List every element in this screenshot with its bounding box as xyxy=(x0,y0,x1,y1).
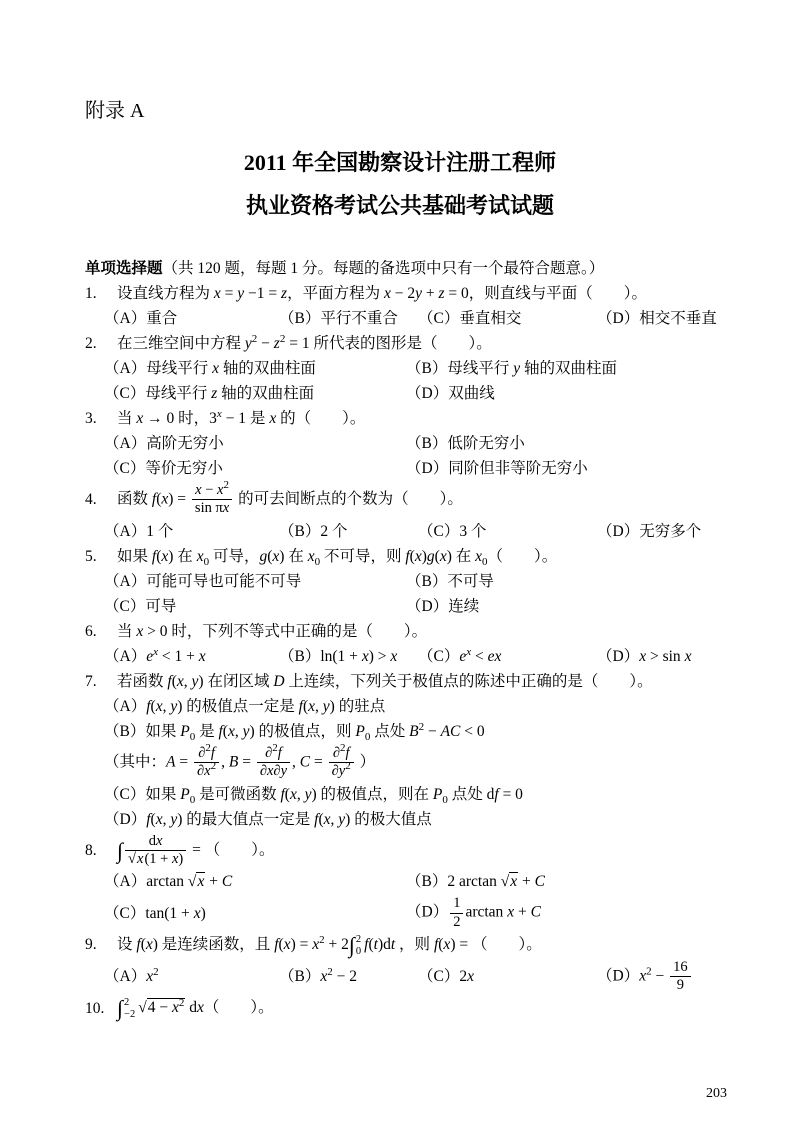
option-row: （A）高阶无穷小（B）低阶无穷小 xyxy=(104,431,758,456)
option: （D）同阶但非等阶无穷小 xyxy=(406,456,758,481)
question-stem: 当 x > 0 时，下列不等式中正确的是（ ）。 xyxy=(117,619,758,644)
option-row: （A）1 个（B）2 个（C）3 个（D）无穷多个 xyxy=(104,519,758,544)
question-1: 1.设直线方程为 x = y −1 = z，平面方程为 x − 2y + z =… xyxy=(85,281,758,331)
question-stem-line: 5.如果 f(x) 在 x0 可导，g(x) 在 x0 不可导，则 f(x)g(… xyxy=(85,544,758,569)
option-row: （A）arctan √x + C（B）2 arctan √x + C xyxy=(104,869,758,894)
option: （B）如果 P0 是 f(x, y) 的极值点，则 P0 点处 B2 − AC … xyxy=(104,719,758,744)
option: （A）1 个 xyxy=(104,519,279,544)
question-stem-line: 2.在三维空间中方程 y2 − z2 = 1 所代表的图形是（ ）。 xyxy=(85,331,758,356)
option-row: （C）等价无穷小（D）同阶但非等阶无穷小 xyxy=(104,456,758,481)
option: （B）ln(1 + x) > x xyxy=(279,644,418,669)
page-number: 203 xyxy=(706,1086,727,1102)
question-stem: 当 x → 0 时，3x − 1 是 x 的（ ）。 xyxy=(117,406,758,431)
option-row: （A）母线平行 x 轴的双曲柱面（B）母线平行 y 轴的双曲柱面 xyxy=(104,356,758,381)
option: （A）重合 xyxy=(104,306,279,331)
option: （其中：A = ∂2f∂x2, B = ∂2f∂x∂y, C = ∂2f∂y2 … xyxy=(104,744,758,782)
option: （C）tan(1 + x) xyxy=(104,901,406,926)
question-stem: 在三维空间中方程 y2 − z2 = 1 所代表的图形是（ ）。 xyxy=(117,331,758,356)
question-stem-line: 8.∫dx√x(1 + x) = （ ）。 xyxy=(85,832,758,870)
option-row: （A）重合（B）平行不重合（C）垂直相交（D）相交不垂直 xyxy=(104,306,758,331)
question-stem-line: 7.若函数 f(x, y) 在闭区域 D 上连续，下列关于极值点的陈述中正确的是… xyxy=(85,669,758,694)
option: （C）ex < ex xyxy=(418,644,597,669)
question-number: 7. xyxy=(85,669,117,694)
question-stem-line: 3.当 x → 0 时，3x − 1 是 x 的（ ）。 xyxy=(85,406,758,431)
section-instruction-detail: （共 120 题，每题 1 分。每题的备选项中只有一个最符合题意。） xyxy=(163,260,605,277)
question-stem: ∫dx√x(1 + x) = （ ）。 xyxy=(117,832,758,870)
option-row: （D）f(x, y) 的最大值点一定是 f(x, y) 的极大值点 xyxy=(104,807,758,832)
option-row: （A）x2（B）x2 − 2（C）2x（D）x2 − 169 xyxy=(104,958,758,996)
question-stem-line: 1.设直线方程为 x = y −1 = z，平面方程为 x − 2y + z =… xyxy=(85,281,758,306)
option-row: （C）tan(1 + x)（D）12arctan x + C xyxy=(104,894,758,932)
exam-title-line2: 执业资格考试公共基础考试试题 xyxy=(0,192,800,220)
question-number: 8. xyxy=(85,838,117,863)
question-4: 4.函数 f(x) = x − x2sin πx 的可去间断点的个数为（ ）。（… xyxy=(85,481,758,544)
exam-body: 单项选择题（共 120 题，每题 1 分。每题的备选项中只有一个最符合题意。） … xyxy=(85,256,758,1021)
question-stem: 设 f(x) 是连续函数，且 f(x) = x2 + 2∫20f(t)dt ，则… xyxy=(117,932,758,958)
option: （D）相交不垂直 xyxy=(597,306,758,331)
question-number: 2. xyxy=(85,331,117,356)
question-9: 9.设 f(x) 是连续函数，且 f(x) = x2 + 2∫20f(t)dt … xyxy=(85,932,758,995)
option: （A）ex < 1 + x xyxy=(104,644,279,669)
question-stem: 函数 f(x) = x − x2sin πx 的可去间断点的个数为（ ）。 xyxy=(117,481,758,519)
question-2: 2.在三维空间中方程 y2 − z2 = 1 所代表的图形是（ ）。（A）母线平… xyxy=(85,331,758,406)
question-stem-line: 9.设 f(x) 是连续函数，且 f(x) = x2 + 2∫20f(t)dt … xyxy=(85,932,758,958)
question-number: 1. xyxy=(85,281,117,306)
option: （B）2 arctan √x + C xyxy=(406,869,758,894)
option: （D）x > sin x xyxy=(597,644,758,669)
question-6: 6.当 x > 0 时，下列不等式中正确的是（ ）。（A）ex < 1 + x（… xyxy=(85,619,758,669)
option: （B）x2 − 2 xyxy=(279,964,418,989)
option: （B）平行不重合 xyxy=(279,306,418,331)
question-stem: 设直线方程为 x = y −1 = z，平面方程为 x − 2y + z = 0… xyxy=(117,281,758,306)
option-row: （A）可能可导也可能不可导（B）不可导 xyxy=(104,569,758,594)
section-instruction-label: 单项选择题 xyxy=(85,260,163,277)
question-number: 10. xyxy=(85,996,117,1021)
question-stem: ∫2−2√4 − x2 dx（ ）。 xyxy=(117,995,758,1021)
option: （A）x2 xyxy=(104,964,279,989)
option: （A）arctan √x + C xyxy=(104,869,406,894)
option-row: （A）ex < 1 + x（B）ln(1 + x) > x（C）ex < ex（… xyxy=(104,644,758,669)
option: （A）母线平行 x 轴的双曲柱面 xyxy=(104,356,406,381)
option: （D）12arctan x + C xyxy=(406,894,758,932)
option-row: （C）如果 P0 是可微函数 f(x, y) 的极值点，则在 P0 点处 df … xyxy=(104,782,758,807)
option: （D）x2 − 169 xyxy=(597,958,758,996)
option: （D）无穷多个 xyxy=(597,519,758,544)
appendix-label: 附录 A xyxy=(85,100,800,123)
option-row: （B）如果 P0 是 f(x, y) 的极值点，则 P0 点处 B2 − AC … xyxy=(104,719,758,744)
option: （C）可导 xyxy=(104,594,406,619)
question-7: 7.若函数 f(x, y) 在闭区域 D 上连续，下列关于极值点的陈述中正确的是… xyxy=(85,669,758,832)
question-number: 4. xyxy=(85,487,117,512)
question-list: 1.设直线方程为 x = y −1 = z，平面方程为 x − 2y + z =… xyxy=(85,281,758,1021)
option: （C）如果 P0 是可微函数 f(x, y) 的极值点，则在 P0 点处 df … xyxy=(104,782,758,807)
question-number: 5. xyxy=(85,544,117,569)
option-row: （C）母线平行 z 轴的双曲柱面（D）双曲线 xyxy=(104,381,758,406)
option: （A）高阶无穷小 xyxy=(104,431,406,456)
section-instruction: 单项选择题（共 120 题，每题 1 分。每题的备选项中只有一个最符合题意。） xyxy=(85,256,758,281)
question-stem: 如果 f(x) 在 x0 可导，g(x) 在 x0 不可导，则 f(x)g(x)… xyxy=(117,544,758,569)
question-10: 10.∫2−2√4 − x2 dx（ ）。 xyxy=(85,995,758,1021)
option: （C）2x xyxy=(418,964,597,989)
option: （C）等价无穷小 xyxy=(104,456,406,481)
option: （B）不可导 xyxy=(406,569,758,594)
option: （D）f(x, y) 的最大值点一定是 f(x, y) 的极大值点 xyxy=(104,807,758,832)
option: （A）f(x, y) 的极值点一定是 f(x, y) 的驻点 xyxy=(104,694,758,719)
question-stem: 若函数 f(x, y) 在闭区域 D 上连续，下列关于极值点的陈述中正确的是（ … xyxy=(117,669,758,694)
option-row: （其中：A = ∂2f∂x2, B = ∂2f∂x∂y, C = ∂2f∂y2 … xyxy=(104,744,758,782)
exam-title-line1: 2011 年全国勘察设计注册工程师 xyxy=(0,149,800,177)
question-3: 3.当 x → 0 时，3x − 1 是 x 的（ ）。（A）高阶无穷小（B）低… xyxy=(85,406,758,481)
option-row: （A）f(x, y) 的极值点一定是 f(x, y) 的驻点 xyxy=(104,694,758,719)
option: （B）低阶无穷小 xyxy=(406,431,758,456)
option: （D）连续 xyxy=(406,594,758,619)
question-stem-line: 6.当 x > 0 时，下列不等式中正确的是（ ）。 xyxy=(85,619,758,644)
question-number: 9. xyxy=(85,932,117,957)
question-number: 3. xyxy=(85,406,117,431)
question-stem-line: 10.∫2−2√4 − x2 dx（ ）。 xyxy=(85,995,758,1021)
option: （C）垂直相交 xyxy=(418,306,597,331)
question-5: 5.如果 f(x) 在 x0 可导，g(x) 在 x0 不可导，则 f(x)g(… xyxy=(85,544,758,619)
question-stem-line: 4.函数 f(x) = x − x2sin πx 的可去间断点的个数为（ ）。 xyxy=(85,481,758,519)
option: （B）2 个 xyxy=(279,519,418,544)
question-number: 6. xyxy=(85,619,117,644)
option: （C）3 个 xyxy=(418,519,597,544)
option-row: （C）可导（D）连续 xyxy=(104,594,758,619)
option: （D）双曲线 xyxy=(406,381,758,406)
option: （A）可能可导也可能不可导 xyxy=(104,569,406,594)
option: （C）母线平行 z 轴的双曲柱面 xyxy=(104,381,406,406)
option: （B）母线平行 y 轴的双曲柱面 xyxy=(406,356,758,381)
question-8: 8.∫dx√x(1 + x) = （ ）。（A）arctan √x + C（B）… xyxy=(85,832,758,933)
exam-page: 附录 A 2011 年全国勘察设计注册工程师 执业资格考试公共基础考试试题 单项… xyxy=(0,0,800,1142)
